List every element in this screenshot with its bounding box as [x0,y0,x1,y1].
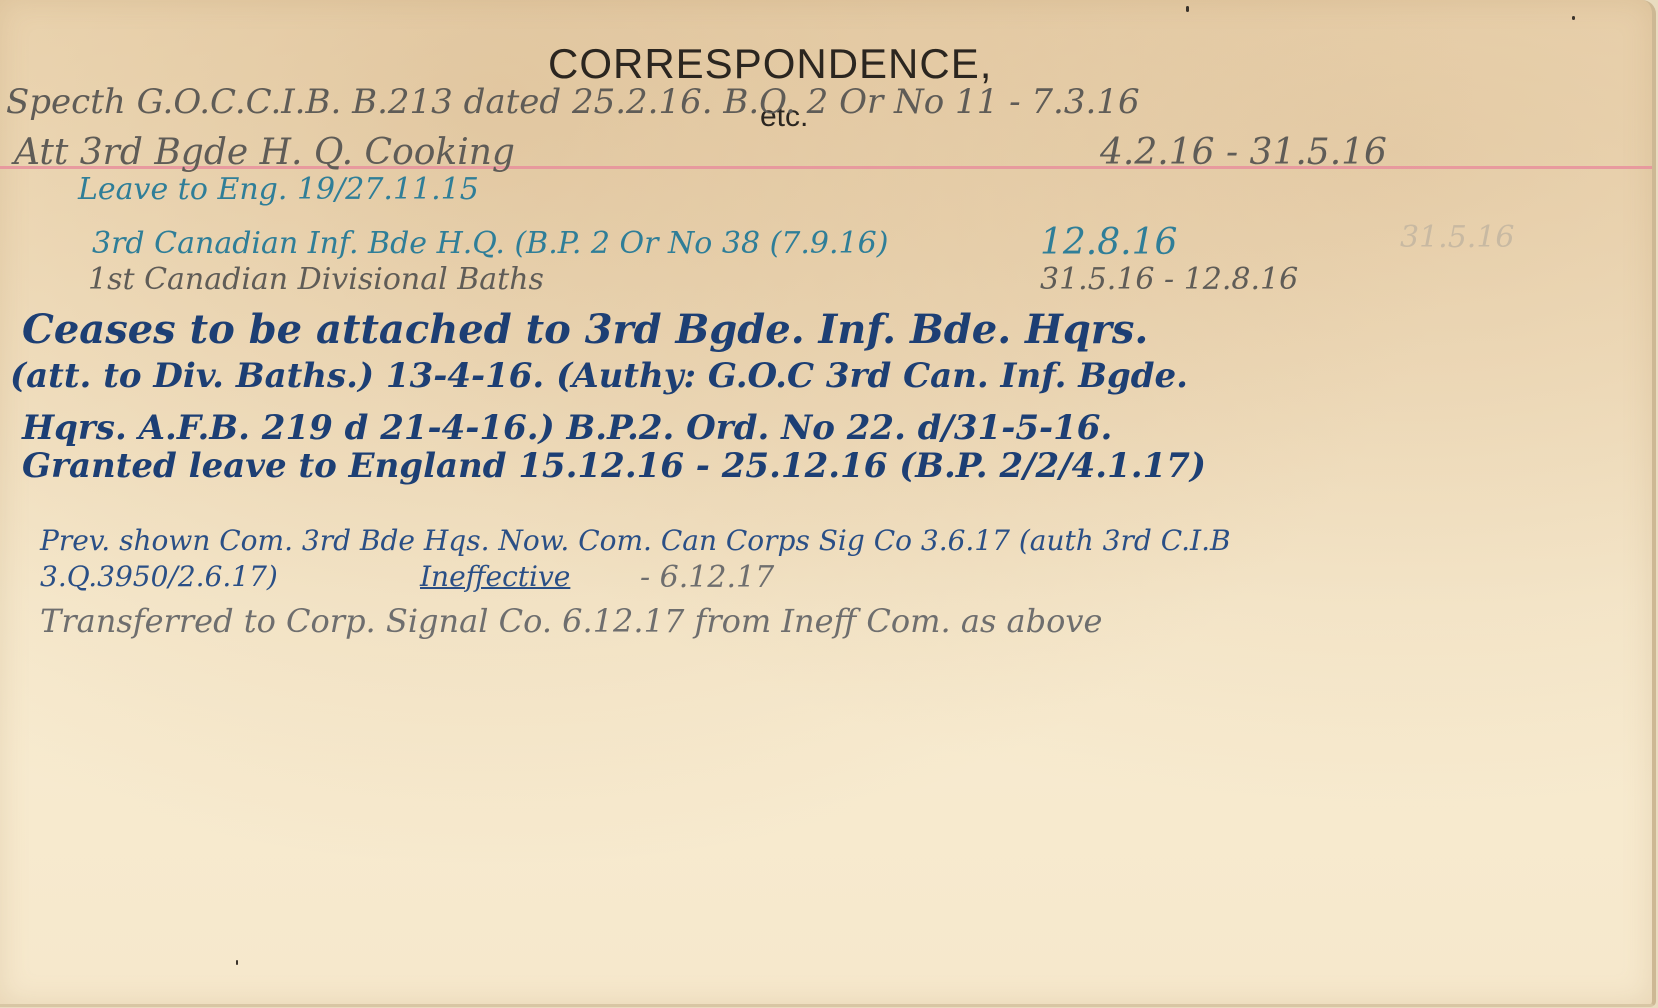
paper-speck [1186,6,1189,12]
entry-ceases-line3: Hqrs. A.F.B. 219 d 21-4-16.) B.P.2. Ord.… [22,408,1112,448]
entry-att-bgde-dates: 4.2.16 - 31.5.16 [1100,132,1387,173]
paper-speck [1572,16,1575,20]
record-card: CORRESPONDENCE, etc. Specth G.O.C.C.I.B.… [0,0,1656,1007]
entry-att-bgde: Att 3rd Bgde H. Q. Cooking [14,132,515,173]
entry-ineffective-label: Ineffective [420,560,570,593]
entry-div-baths-dates: 31.5.16 - 12.8.16 [1040,262,1298,297]
card-header-title: CORRESPONDENCE, [548,40,992,88]
entry-transferred: Transferred to Corp. Signal Co. 6.12.17 … [40,602,1102,640]
entry-ceases-line2: (att. to Div. Baths.) 13-4-16. (Authy: G… [10,356,1188,396]
entry-ceases-line1: Ceases to be attached to 3rd Bgde. Inf. … [22,306,1148,353]
entry-div-baths: 1st Canadian Divisional Baths [88,262,544,297]
paper-speck [236,960,238,965]
entry-leave-england: Granted leave to England 15.12.16 - 25.1… [22,446,1206,486]
entry-3rd-cib: 3rd Canadian Inf. Bde H.Q. (B.P. 2 Or No… [92,226,888,261]
entry-3rd-cib-faint-date: 31.5.16 [1400,220,1515,255]
entry-leave: Leave to Eng. 19/27.11.15 [78,172,479,207]
entry-ineffective-date: - 6.12.17 [640,560,774,595]
entry-ineffective-ref: 3.Q.3950/2.6.17) [40,560,278,593]
entry-prev-shown: Prev. shown Com. 3rd Bde Hqs. Now. Com. … [40,524,1231,557]
entry-spec: Specth G.O.C.C.I.B. B.213 dated 25.2.16.… [6,82,1140,122]
entry-3rd-cib-date: 12.8.16 [1040,222,1177,263]
